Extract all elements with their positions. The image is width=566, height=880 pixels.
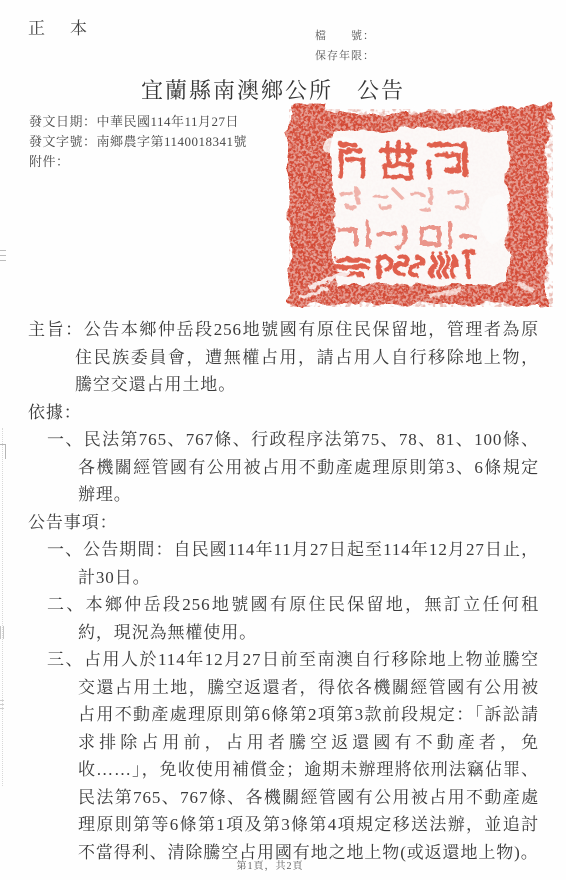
list-item-text: 公告期間：自民國114年11月27日起至114年12月27日止，計30日。 xyxy=(78,540,539,587)
file-number-label: 檔 號： xyxy=(315,26,375,46)
subject-label: 主旨： xyxy=(28,320,84,339)
dispatch-meta-block: 發文日期：中華民國114年11月27日 發文字號：南鄉農字第1140018341… xyxy=(29,112,247,172)
matters-item-2: 二、本鄉仲岳段256地號國有原住民保留地，無訂立任何租約，現況為無權使用。 xyxy=(28,591,539,646)
basis-heading: 依據： xyxy=(28,399,539,427)
scan-artifact xyxy=(0,444,6,459)
announcement-document-page: 正 本 檔 號： 保存年限： 宜蘭縣南澳鄉公所 公告 發文日期：中華民國114年… xyxy=(0,0,566,880)
scan-artifact xyxy=(0,250,6,263)
dispatch-number-value: 南鄉農字第1140018341號 xyxy=(97,134,248,149)
list-item-number: 三、 xyxy=(47,650,84,669)
list-item-text: 民法第765、767條、行政程序法第75、78、81、100條、各機關經管國有公… xyxy=(78,430,539,504)
matters-item-1: 一、公告期間：自民國114年11月27日起至114年12月27日止，計30日。 xyxy=(28,536,539,591)
list-item-number: 一、 xyxy=(47,540,83,559)
matters-heading: 公告事項： xyxy=(28,509,539,537)
scan-artifact xyxy=(0,700,4,710)
file-meta-block: 檔 號： 保存年限： xyxy=(315,26,375,66)
attachment-row: 附件： xyxy=(29,152,247,172)
page-number-footer: 第1頁，共2頁 xyxy=(0,857,540,872)
basis-item: 一、民法第765、767條、行政程序法第75、78、81、100條、各機關經管國… xyxy=(28,426,539,509)
official-seal-stamp-icon xyxy=(281,99,559,319)
attachment-label: 附件： xyxy=(29,154,70,169)
dispatch-date-value: 中華民國114年11月27日 xyxy=(97,114,240,129)
list-item-text: 本鄉仲岳段256地號國有原住民保留地，無訂立任何租約，現況為無權使用。 xyxy=(78,595,539,642)
scan-fold-line xyxy=(2,428,3,786)
document-title: 宜蘭縣南澳鄉公所 公告 xyxy=(0,74,546,105)
list-item-number: 二、 xyxy=(47,595,86,614)
subject-paragraph: 主旨：公告本鄉仲岳段256地號國有原住民保留地，管理者為原住民族委員會，遭無權占… xyxy=(28,316,539,399)
scan-artifact xyxy=(0,626,6,639)
list-item-text: 占用人於114年12月27日前至南澳自行移除地上物並騰空交還占用土地，騰空返還者… xyxy=(78,650,539,862)
announcement-body: 主旨：公告本鄉仲岳段256地號國有原住民保留地，管理者為原住民族委員會，遭無權占… xyxy=(28,316,539,866)
dispatch-date-row: 發文日期：中華民國114年11月27日 xyxy=(29,112,247,132)
subject-text: 公告本鄉仲岳段256地號國有原住民保留地，管理者為原住民族委員會，遭無權占用，請… xyxy=(75,320,539,394)
copy-type-label: 正 本 xyxy=(28,14,91,39)
list-item-number: 一、 xyxy=(47,430,84,449)
matters-item-3: 三、占用人於114年12月27日前至南澳自行移除地上物並騰空交還占用土地，騰空返… xyxy=(28,646,539,866)
dispatch-number-label: 發文字號： xyxy=(29,134,97,149)
dispatch-number-row: 發文字號：南鄉農字第1140018341號 xyxy=(29,132,247,152)
dispatch-date-label: 發文日期： xyxy=(29,114,97,129)
retention-period-label: 保存年限： xyxy=(315,46,375,66)
